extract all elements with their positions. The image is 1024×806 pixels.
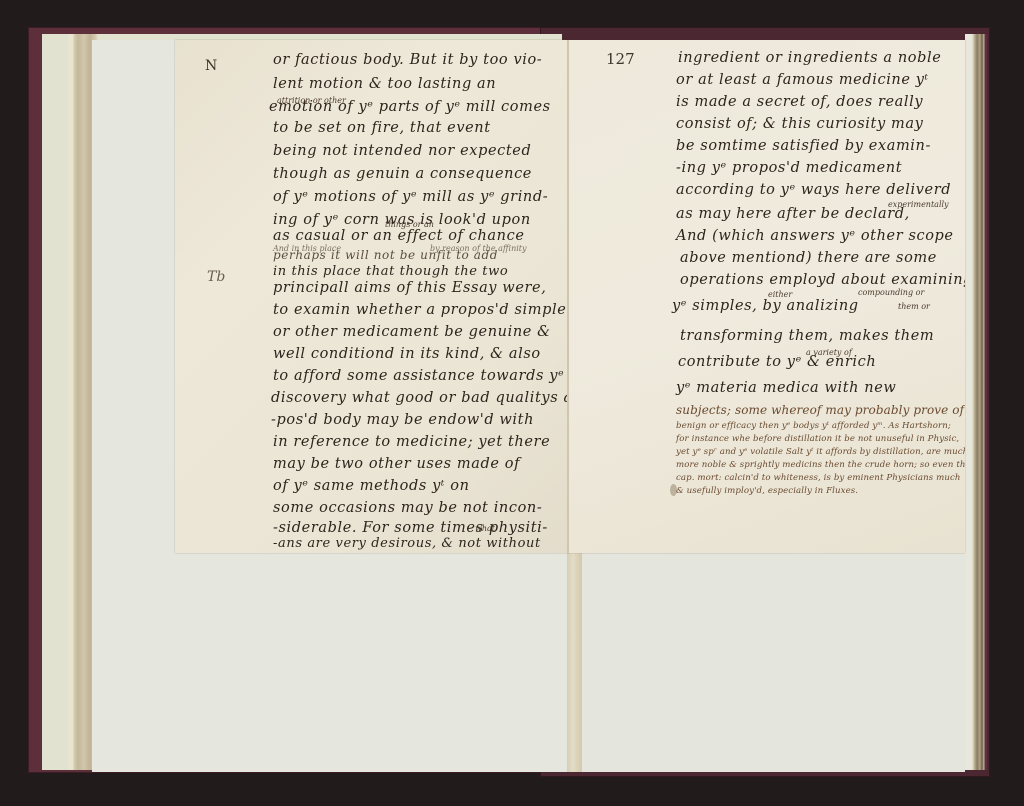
text-line: according to yᵉ ways here deliverd: [676, 182, 951, 198]
manuscript-leaf-right: 127 ingredient or ingredients a noble or…: [568, 40, 965, 553]
text-line: some occasions may be not incon-: [273, 500, 542, 516]
text-line: principall aims of this Essay were,: [273, 280, 546, 296]
text-line: yᵉ materia medica with new: [676, 380, 896, 396]
folio-number: 127: [606, 50, 635, 68]
text-line: ingredient or ingredients a noble: [678, 50, 941, 66]
text-line: consist of; & this curiosity may: [676, 116, 923, 132]
text-line: to afford some assistance towards yᵉ: [273, 368, 564, 384]
note-line: yet yᵉ spʳ and yᵉ volatile Salt yᵗ it af…: [676, 447, 965, 457]
text-line: to examin whether a propos'd simple: [273, 302, 566, 318]
text-line: or other medicament be genuine &: [273, 324, 551, 340]
signature-mark: N: [205, 58, 217, 74]
interlinear-note: what: [475, 524, 495, 533]
centre-fold: [567, 40, 569, 553]
page-edges-right: [965, 34, 987, 770]
text-line: contribute to yᵉ & enrich: [678, 354, 876, 370]
text-line: -pos'd body may be endow'd with: [271, 412, 534, 428]
text-line: perhaps it will not be unfit to add: [273, 248, 498, 262]
ink-stain: [670, 484, 677, 496]
text-line: And (which answers yᵉ other scope: [676, 228, 954, 244]
text-line: well conditiond in its kind, & also: [273, 346, 541, 362]
interlinear-note: them or: [898, 302, 930, 311]
text-line: as casual or an effect of chance: [273, 228, 525, 244]
text-line: operations employd about examining: [680, 272, 965, 288]
text-line: though as genuin a consequence: [273, 166, 532, 182]
text-line: -ing yᵉ propos'd medicament: [676, 160, 902, 176]
note-line: benign or efficacy then yᵉ bodys yᵗ affo…: [676, 421, 951, 431]
text-line: as may here after be declard,: [676, 206, 910, 222]
text-line: or factious body. But it by too vio-: [273, 52, 542, 68]
text-line: transforming them, makes them: [680, 328, 934, 344]
text-line: being not intended nor expected: [273, 143, 531, 159]
manuscript-leaf-left: N Tb or factious body. But it by too vio…: [175, 40, 568, 553]
text-line: above mentiond) there are some: [680, 250, 937, 266]
text-line: to be set on fire, that event: [273, 120, 491, 136]
text-line: may be two other uses made of: [273, 456, 520, 472]
interlinear-note: compounding or: [858, 288, 924, 297]
text-line: yᵉ simples, by analizing: [672, 298, 859, 314]
note-line: & usefully imploy'd, especially in Fluxe…: [676, 486, 858, 496]
text-line: discovery what good or bad qualitys a pr…: [271, 390, 568, 406]
text-line: lent motion & too lasting an: [273, 76, 496, 92]
text-line: or at least a famous medicine yᵗ: [676, 72, 929, 88]
text-line: -ans are very desirous, & not without: [273, 536, 541, 551]
note-line: for instance whe before distillation it …: [676, 434, 959, 444]
text-line: of yᵉ same methods yᵗ on: [273, 478, 470, 494]
note-line: more noble & sprightly medicins then the…: [676, 460, 965, 470]
note-line: cap. mort: calcin'd to whiteness, is by …: [676, 473, 961, 483]
text-line: is made a secret of, does really: [676, 94, 923, 110]
text-line: -siderable. For some times physiti-: [273, 520, 548, 536]
note-line: subjects; some whereof may probably prov…: [676, 403, 965, 417]
text-line: in reference to medicine; yet there: [273, 434, 550, 450]
text-line: emotion of yᵉ parts of yᵉ mill comes: [269, 99, 551, 115]
margin-mark: Tb: [207, 269, 225, 285]
text-line: be somtime satisfied by examin-: [676, 138, 931, 154]
text-line: of yᵉ motions of yᵉ mill as yᵉ grind-: [273, 189, 548, 205]
text-line: in this place that though the two: [273, 264, 508, 279]
